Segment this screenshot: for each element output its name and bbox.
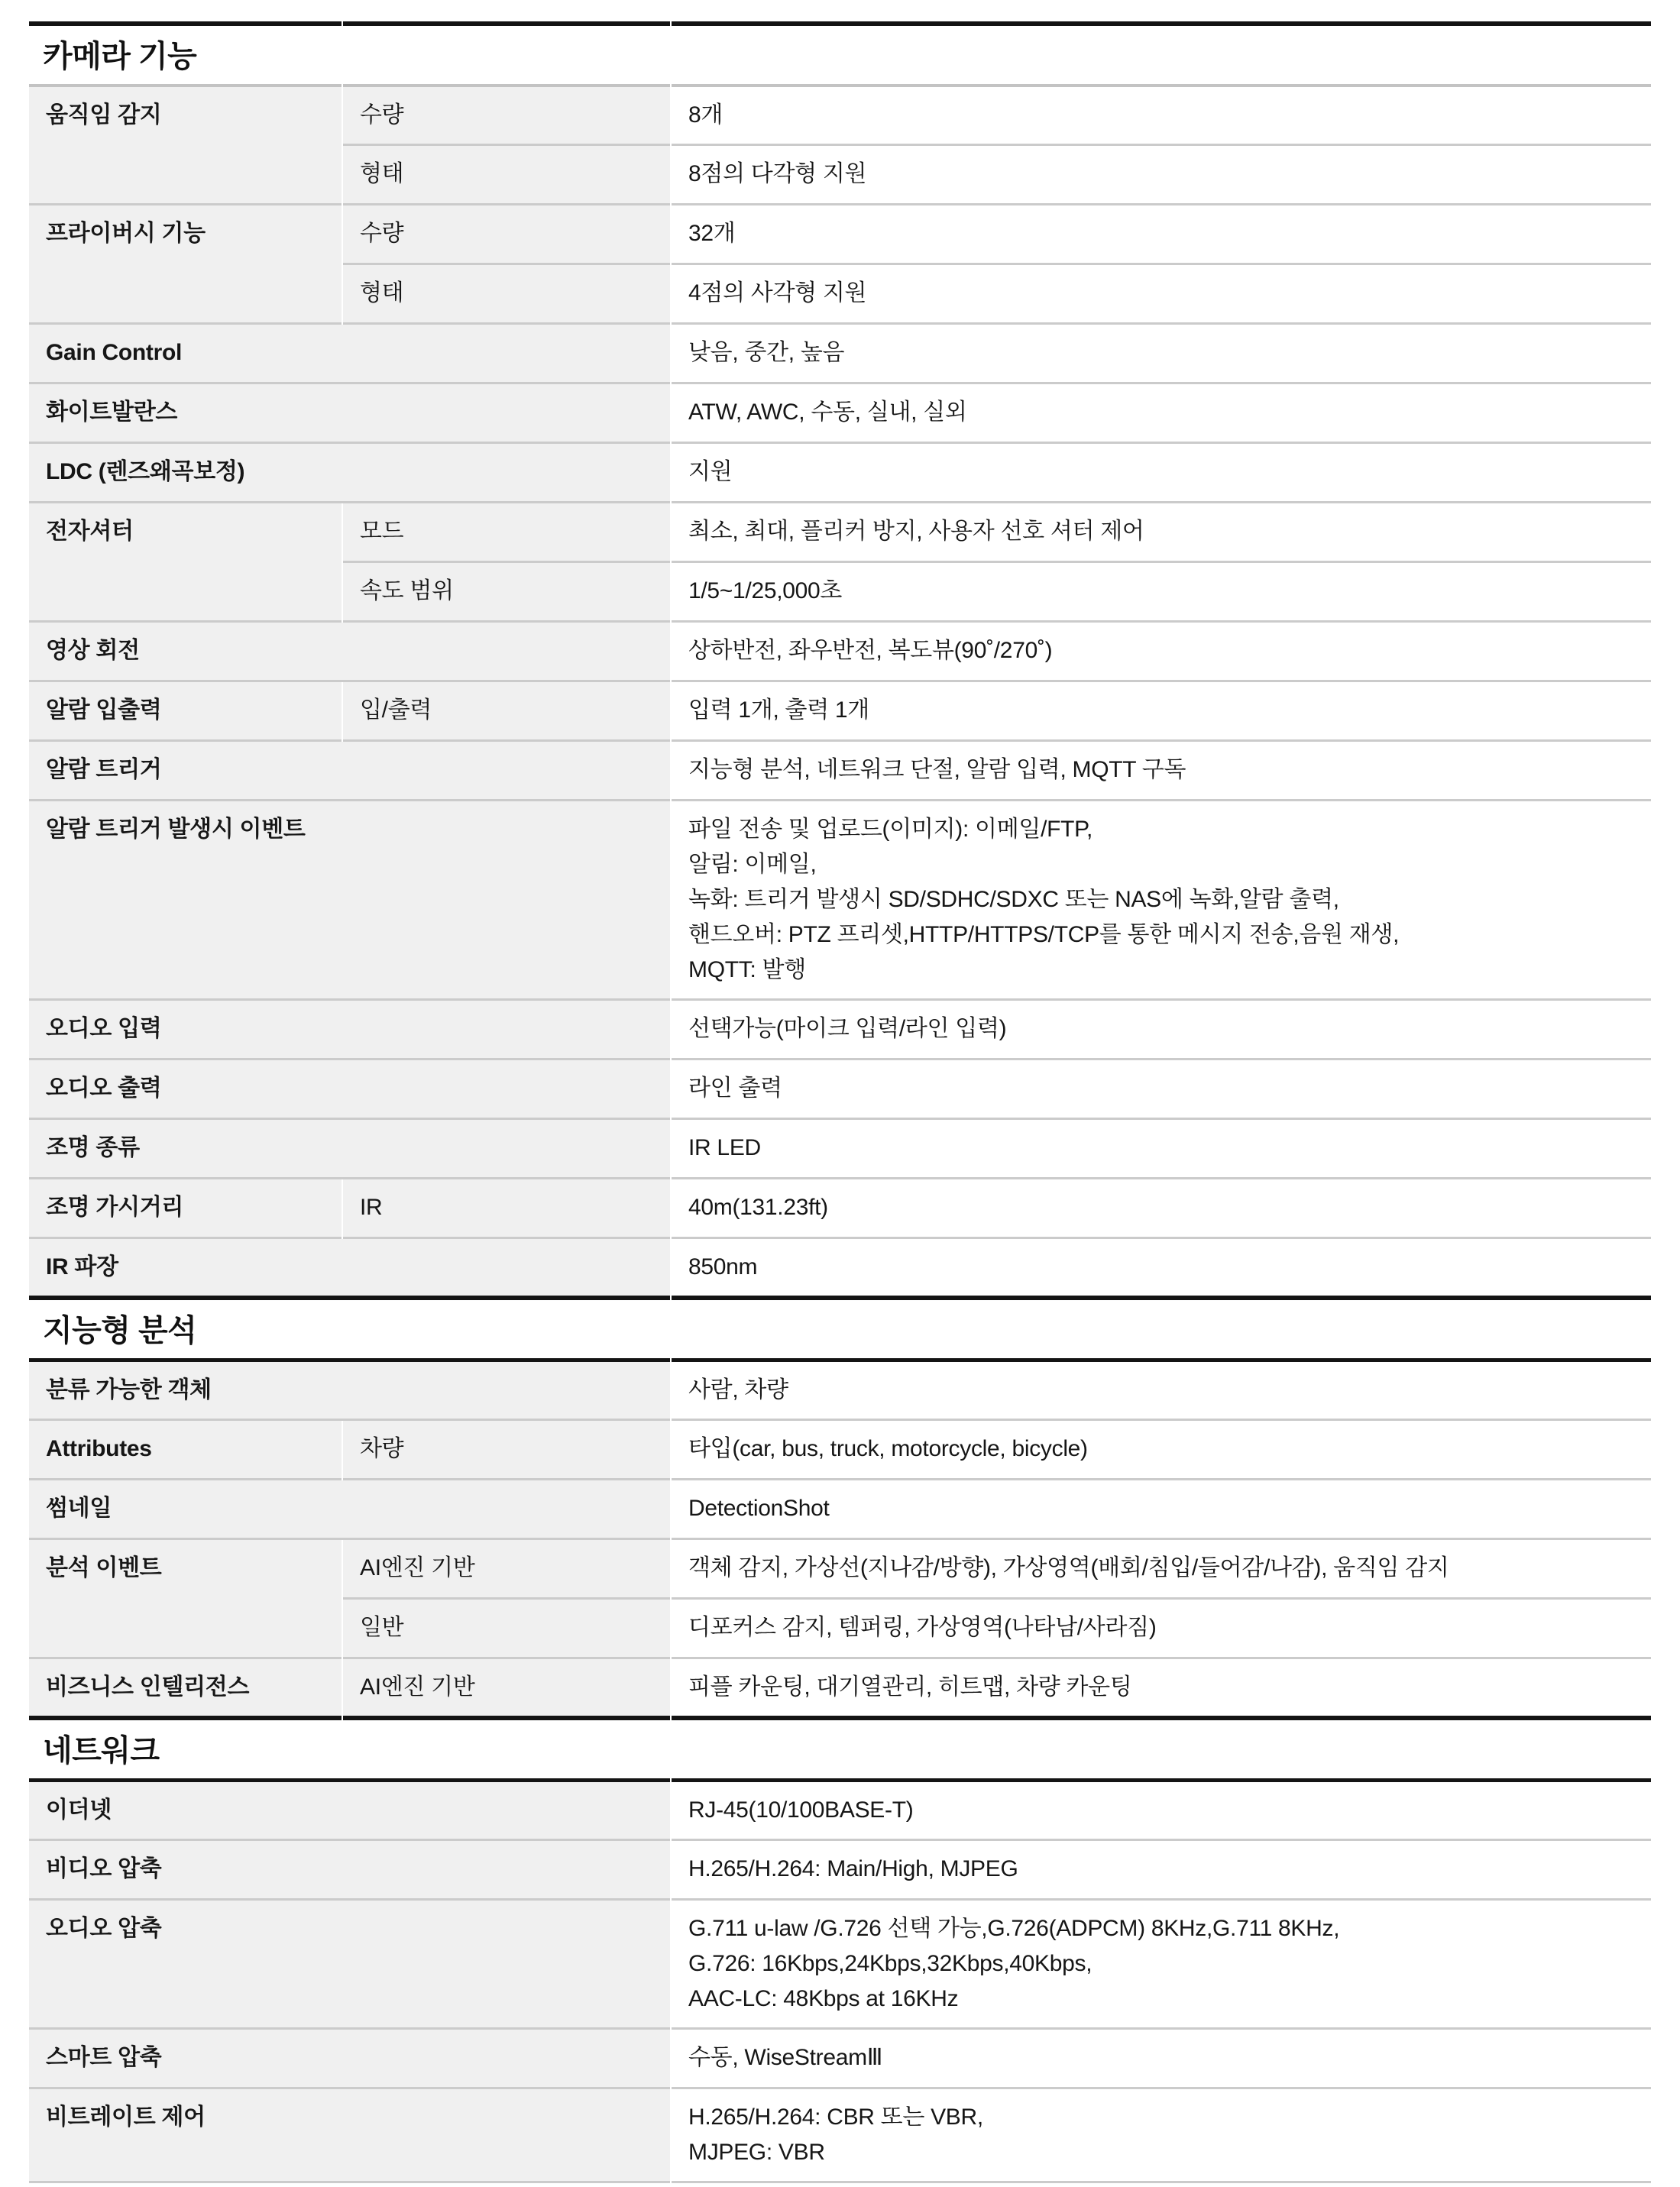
row-label-cell: 움직임 감지 xyxy=(29,84,342,205)
row-value-cell: 지원 xyxy=(672,444,1651,503)
row-value-cell: 타입(car, bus, truck, motorcycle, bicycle) xyxy=(672,1421,1651,1480)
table-row: 오디오 입력 선택가능(마이크 입력/라인 입력) xyxy=(29,1001,1651,1060)
row-sub-cell: 속도 범위 xyxy=(343,563,670,623)
table-row: 움직임 감지 수량 8개 xyxy=(29,84,1651,146)
row-value-cell: 8점의 다각형 지원 xyxy=(672,146,1651,205)
table-row: 비트레이트 제어 H.265/H.264: CBR 또는 VBR, MJPEG:… xyxy=(29,2089,1651,2183)
table-row: 비디오 압축 H.265/H.264: Main/High, MJPEG xyxy=(29,1841,1651,1901)
row-value-cell: H.265/H.264: CBR 또는 VBR, MJPEG: VBR xyxy=(672,2089,1651,2183)
row-value-cell: 사람, 차량 xyxy=(672,1358,1651,1421)
row-sub-cell: IR xyxy=(343,1179,670,1239)
row-value-cell: 32개 xyxy=(672,205,1651,265)
table-row: 조명 가시거리 IR 40m(131.23ft) xyxy=(29,1179,1651,1239)
row-value-cell: 선택가능(마이크 입력/라인 입력) xyxy=(672,1001,1651,1060)
row-label-cell: 오디오 압축 xyxy=(29,1901,670,2030)
table-row: 영상 회전 상하반전, 좌우반전, 복도뷰(90˚/270˚) xyxy=(29,623,1651,682)
row-label-cell: 스마트 압축 xyxy=(29,2030,670,2089)
top-divider-segment xyxy=(672,21,1651,26)
section-title-intelligent-analytics: 지능형 분석 xyxy=(43,1312,1680,1349)
row-value-cell: G.711 u-law /G.726 선택 가능,G.726(ADPCM) 8K… xyxy=(672,1901,1651,2030)
table-row: 이더넷 RJ-45(10/100BASE-T) xyxy=(29,1778,1651,1841)
row-label-cell: 분류 가능한 객체 xyxy=(29,1358,670,1421)
row-sub-cell: 입/출력 xyxy=(343,682,670,742)
table-row: 화이트발란스 ATW, AWC, 수동, 실내, 실외 xyxy=(29,384,1651,444)
row-sub-cell: 형태 xyxy=(343,146,670,205)
row-label-cell: LDC (렌즈왜곡보정) xyxy=(29,444,670,503)
spec-sheet-page: 카메라 기능 움직임 감지 수량 8개 형태 8점의 다각형 지원 프라이버시 … xyxy=(0,0,1680,2187)
row-sub-cell: 수량 xyxy=(343,205,670,265)
row-value-cell: 8개 xyxy=(672,84,1651,146)
row-value-cell: 최소, 최대, 플리커 방지, 사용자 선호 셔터 제어 xyxy=(672,503,1651,563)
table-row: Attributes 차량 타입(car, bus, truck, motorc… xyxy=(29,1421,1651,1480)
row-label-cell: 비디오 압축 xyxy=(29,1841,670,1901)
row-value-cell: 850nm xyxy=(672,1239,1651,1300)
row-label-cell: 화이트발란스 xyxy=(29,384,670,444)
row-sub-cell: AI엔진 기반 xyxy=(343,1659,670,1720)
camera-features-table: 움직임 감지 수량 8개 형태 8점의 다각형 지원 프라이버시 기능 수량 3… xyxy=(28,84,1652,1300)
table-row: 썸네일 DetectionShot xyxy=(29,1480,1651,1540)
table-row: LDC (렌즈왜곡보정) 지원 xyxy=(29,444,1651,503)
row-value-cell: IR LED xyxy=(672,1120,1651,1179)
row-value-cell: DetectionShot xyxy=(672,1480,1651,1540)
row-value-cell: 디포커스 감지, 템퍼링, 가상영역(나타남/사라짐) xyxy=(672,1600,1651,1659)
row-sub-cell: AI엔진 기반 xyxy=(343,1540,670,1600)
table-row: IR 파장 850nm xyxy=(29,1239,1651,1300)
row-label-cell: 조명 가시거리 xyxy=(29,1179,342,1239)
row-label-cell: 이더넷 xyxy=(29,1778,670,1841)
row-value-cell: 4점의 사각형 지원 xyxy=(672,265,1651,325)
row-label-cell: IR 파장 xyxy=(29,1239,670,1300)
row-value-cell: 입력 1개, 출력 1개 xyxy=(672,682,1651,742)
table-row: 프라이버시 기능 수량 32개 xyxy=(29,205,1651,265)
table-row: 알람 트리거 발생시 이벤트 파일 전송 및 업로드(이미지): 이메일/FTP… xyxy=(29,801,1651,1001)
table-row: 스마트 압축 수동, WiseStreamⅢ xyxy=(29,2030,1651,2089)
row-value-cell: 라인 출력 xyxy=(672,1060,1651,1120)
row-sub-cell: 형태 xyxy=(343,265,670,325)
row-label-cell: 분석 이벤트 xyxy=(29,1540,342,1659)
row-label-cell: 비트레이트 제어 xyxy=(29,2089,670,2183)
row-label-cell: 오디오 입력 xyxy=(29,1001,670,1060)
section-title-network: 네트워크 xyxy=(43,1732,1680,1769)
row-sub-cell: 일반 xyxy=(343,1600,670,1659)
table-row: 분류 가능한 객체 사람, 차량 xyxy=(29,1358,1651,1421)
top-divider-segment xyxy=(29,21,342,26)
row-label-cell: 프라이버시 기능 xyxy=(29,205,342,325)
row-sub-cell: 차량 xyxy=(343,1421,670,1480)
table-row: 전자셔터 모드 최소, 최대, 플리커 방지, 사용자 선호 셔터 제어 xyxy=(29,503,1651,563)
table-row: 오디오 압축 G.711 u-law /G.726 선택 가능,G.726(AD… xyxy=(29,1901,1651,2030)
row-label-cell: 오디오 출력 xyxy=(29,1060,670,1120)
row-value-cell: 낮음, 중간, 높음 xyxy=(672,325,1651,384)
top-divider xyxy=(29,21,1680,26)
row-value-cell: 객체 감지, 가상선(지나감/방향), 가상영역(배회/침입/들어감/나감), … xyxy=(672,1540,1651,1600)
table-row: 분석 이벤트 AI엔진 기반 객체 감지, 가상선(지나감/방향), 가상영역(… xyxy=(29,1540,1651,1600)
row-value-cell: 피플 카운팅, 대기열관리, 히트맵, 차량 카운팅 xyxy=(672,1659,1651,1720)
row-sub-cell: 모드 xyxy=(343,503,670,563)
table-row: 알람 입출력 입/출력 입력 1개, 출력 1개 xyxy=(29,682,1651,742)
row-label-cell: 알람 트리거 xyxy=(29,742,670,801)
section-title-camera-features: 카메라 기능 xyxy=(43,38,1680,75)
row-value-cell: 1/5~1/25,000초 xyxy=(672,563,1651,623)
row-value-cell: ATW, AWC, 수동, 실내, 실외 xyxy=(672,384,1651,444)
row-label-cell: Gain Control xyxy=(29,325,670,384)
row-label-cell: 조명 종류 xyxy=(29,1120,670,1179)
row-value-cell: 40m(131.23ft) xyxy=(672,1179,1651,1239)
row-label-cell: 알람 입출력 xyxy=(29,682,342,742)
network-table: 이더넷 RJ-45(10/100BASE-T) 비디오 압축 H.265/H.2… xyxy=(28,1778,1652,2183)
intelligent-analytics-table: 분류 가능한 객체 사람, 차량 Attributes 차량 타입(car, b… xyxy=(28,1358,1652,1720)
table-row: Gain Control 낮음, 중간, 높음 xyxy=(29,325,1651,384)
row-value-cell: 지능형 분석, 네트워크 단절, 알람 입력, MQTT 구독 xyxy=(672,742,1651,801)
top-divider-segment xyxy=(343,21,670,26)
row-label-cell: 썸네일 xyxy=(29,1480,670,1540)
row-label-cell: 비즈니스 인텔리전스 xyxy=(29,1659,342,1720)
table-row: 오디오 출력 라인 출력 xyxy=(29,1060,1651,1120)
row-label-cell: Attributes xyxy=(29,1421,342,1480)
row-value-cell: H.265/H.264: Main/High, MJPEG xyxy=(672,1841,1651,1901)
table-row: 알람 트리거 지능형 분석, 네트워크 단절, 알람 입력, MQTT 구독 xyxy=(29,742,1651,801)
row-value-cell: 파일 전송 및 업로드(이미지): 이메일/FTP, 알림: 이메일, 녹화: … xyxy=(672,801,1651,1001)
table-row: 비즈니스 인텔리전스 AI엔진 기반 피플 카운팅, 대기열관리, 히트맵, 차… xyxy=(29,1659,1651,1720)
row-value-cell: 수동, WiseStreamⅢ xyxy=(672,2030,1651,2089)
row-label-cell: 알람 트리거 발생시 이벤트 xyxy=(29,801,670,1001)
row-sub-cell: 수량 xyxy=(343,84,670,146)
row-value-cell: RJ-45(10/100BASE-T) xyxy=(672,1778,1651,1841)
table-row: 조명 종류 IR LED xyxy=(29,1120,1651,1179)
row-value-cell: 상하반전, 좌우반전, 복도뷰(90˚/270˚) xyxy=(672,623,1651,682)
row-label-cell: 전자셔터 xyxy=(29,503,342,623)
row-label-cell: 영상 회전 xyxy=(29,623,670,682)
